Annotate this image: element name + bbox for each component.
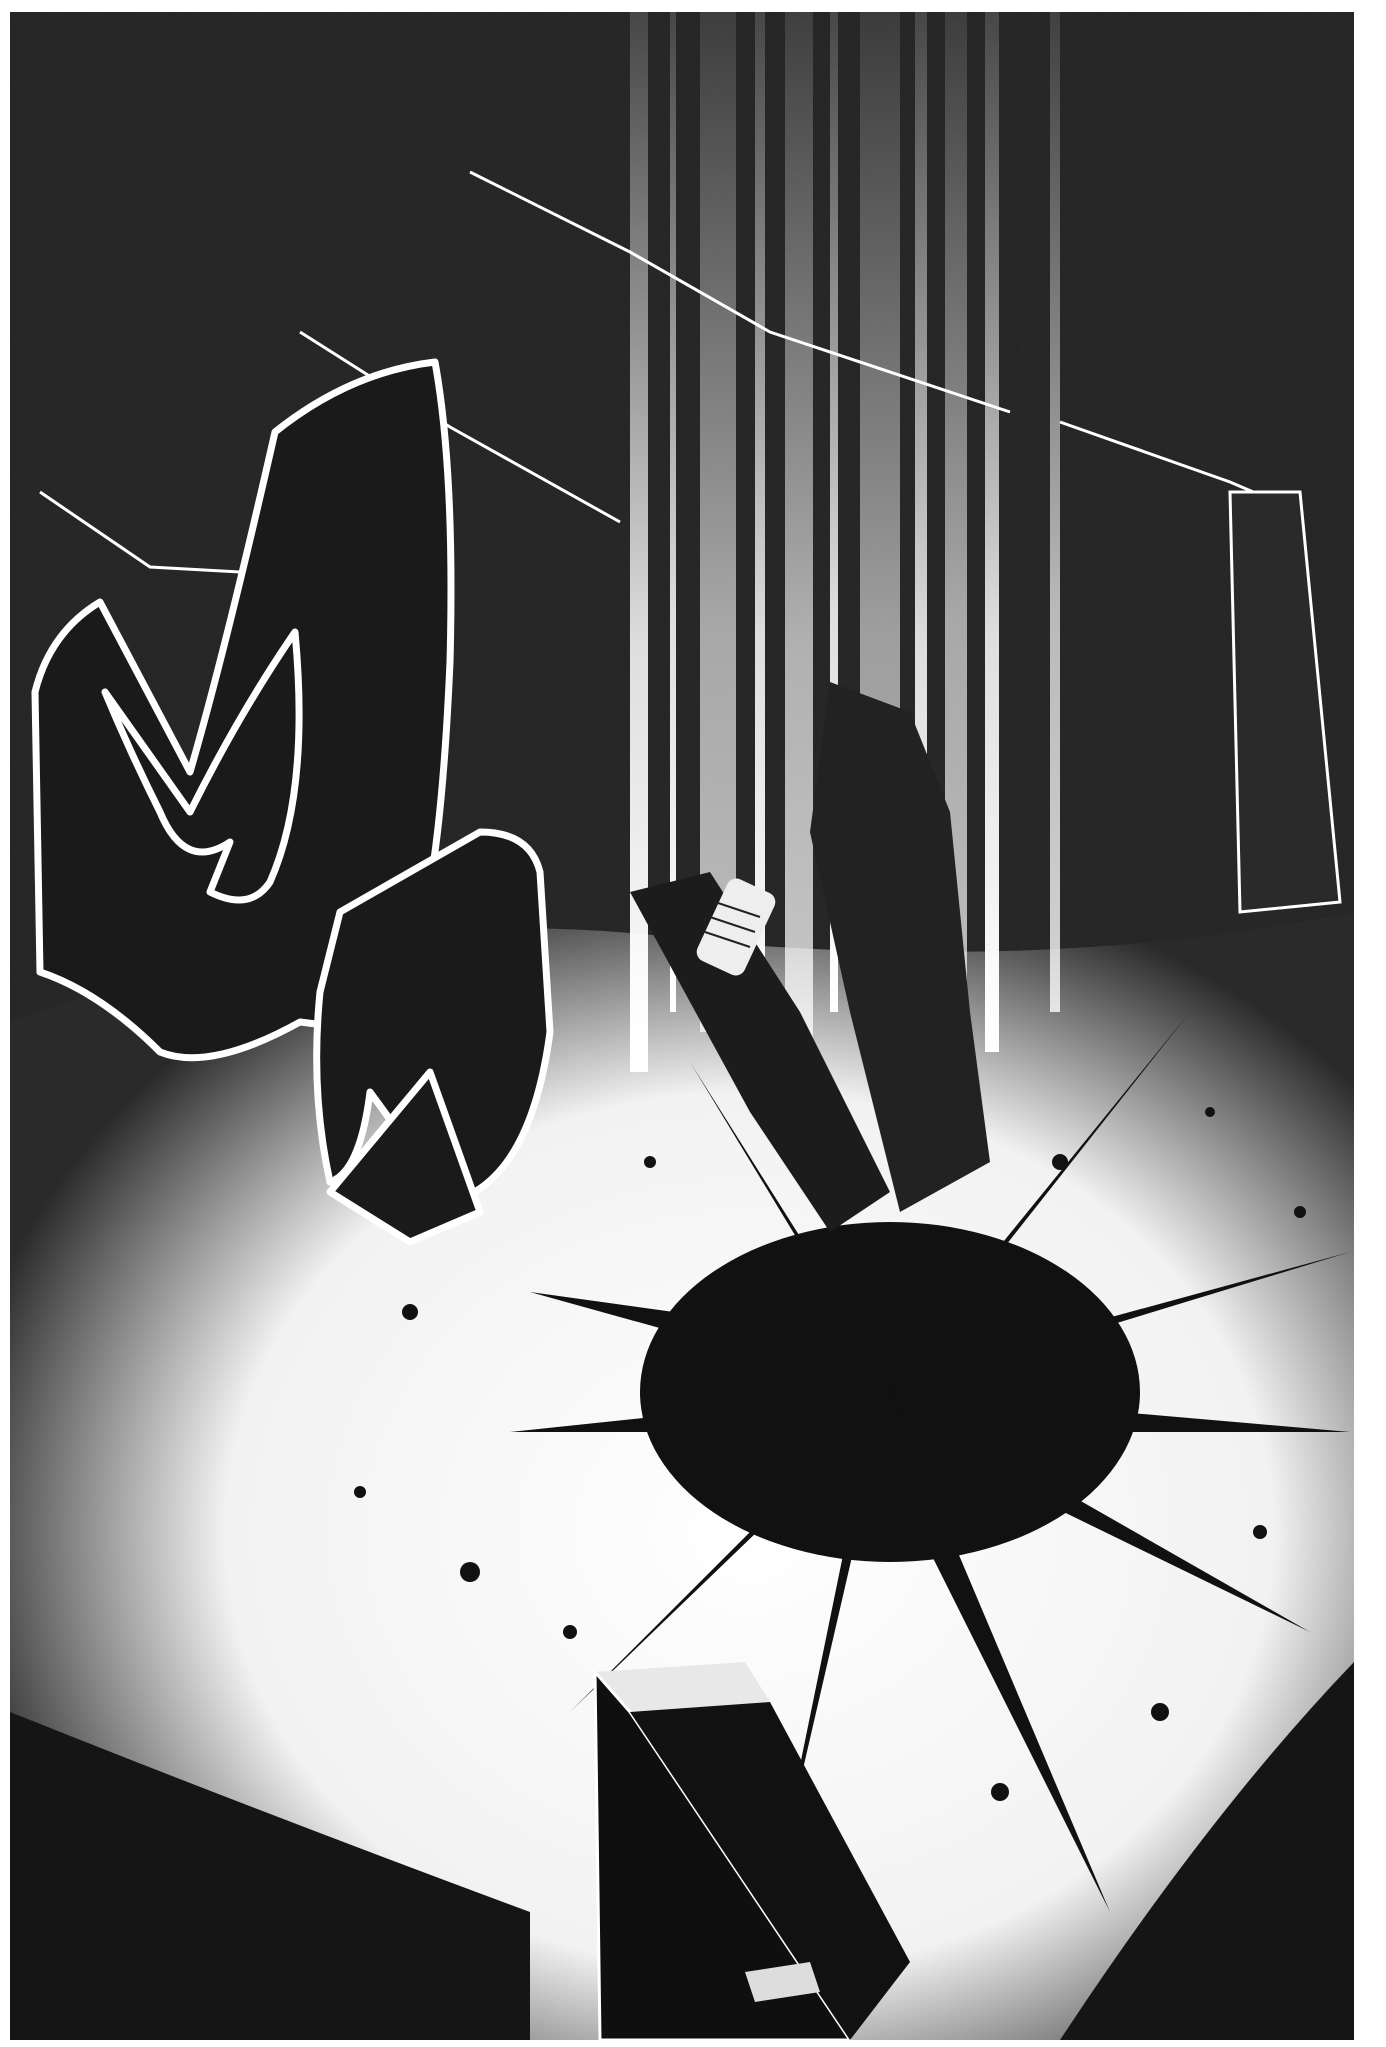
manga-page (0, 0, 1386, 2047)
panel-artwork (10, 12, 1354, 2040)
panel-1 (10, 12, 1354, 2040)
